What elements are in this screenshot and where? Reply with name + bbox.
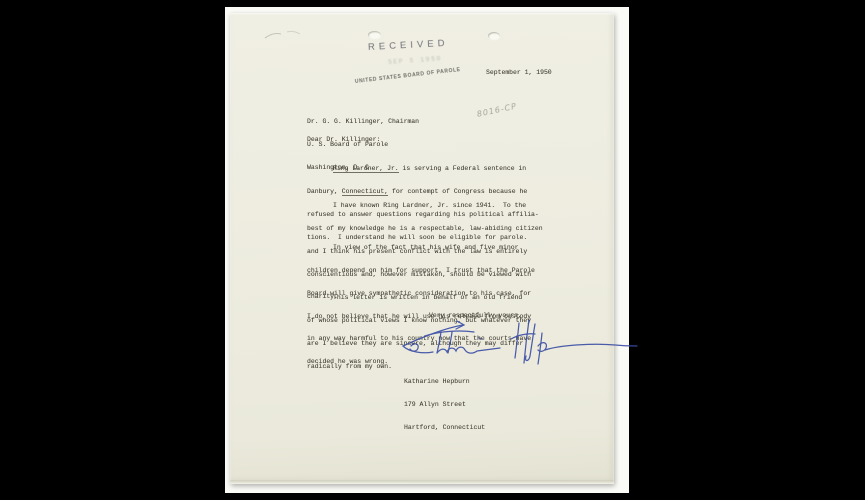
punch-hole-right — [488, 32, 500, 40]
punch-hole-left — [368, 31, 381, 39]
underlined-text: Ring Lardner, Jr. — [333, 165, 399, 173]
stamp-org-line: UNITED STATES BOARD OF PAROLE — [355, 67, 461, 85]
file-number-annotation: 8016-CP — [476, 102, 518, 119]
body-line: I have known Ring Lardner, Jr. since 194… — [307, 202, 543, 210]
salutation: Dear Dr. Killinger: — [307, 136, 380, 144]
scanned-letter-view: RECEIVED SEP 5 1950 UNITED STATES BOARD … — [0, 0, 865, 500]
body-line: children depend on him for support, I tr… — [307, 267, 535, 275]
hepburn-signature — [375, 312, 640, 370]
signer-city: Hartford, Connecticut — [404, 424, 485, 432]
letter-date: September 1, 1950 — [486, 69, 552, 77]
letter-paper: RECEIVED SEP 5 1950 UNITED STATES BOARD … — [230, 13, 614, 484]
recipient-line: Dr. G. G. Killinger, Chairman — [307, 118, 419, 126]
received-stamp: RECEIVED — [368, 38, 449, 53]
body-line: Ring Lardner, Jr. is serving a Federal s… — [307, 165, 539, 173]
pencil-scribble — [263, 28, 305, 42]
typed-signature-block: Katharine Hepburn 179 Allyn Street Hartf… — [404, 363, 485, 447]
body-line: In view of the fact that his wife and fi… — [307, 244, 535, 252]
body-text: is serving a Federal sentence in — [399, 165, 526, 172]
signer-name: Katharine Hepburn — [404, 378, 485, 386]
signer-street: 179 Allyn Street — [404, 401, 485, 409]
body-line: This letter is written in behalf of an o… — [307, 294, 531, 302]
stamp-date-line: SEP 5 1950 — [388, 55, 442, 66]
